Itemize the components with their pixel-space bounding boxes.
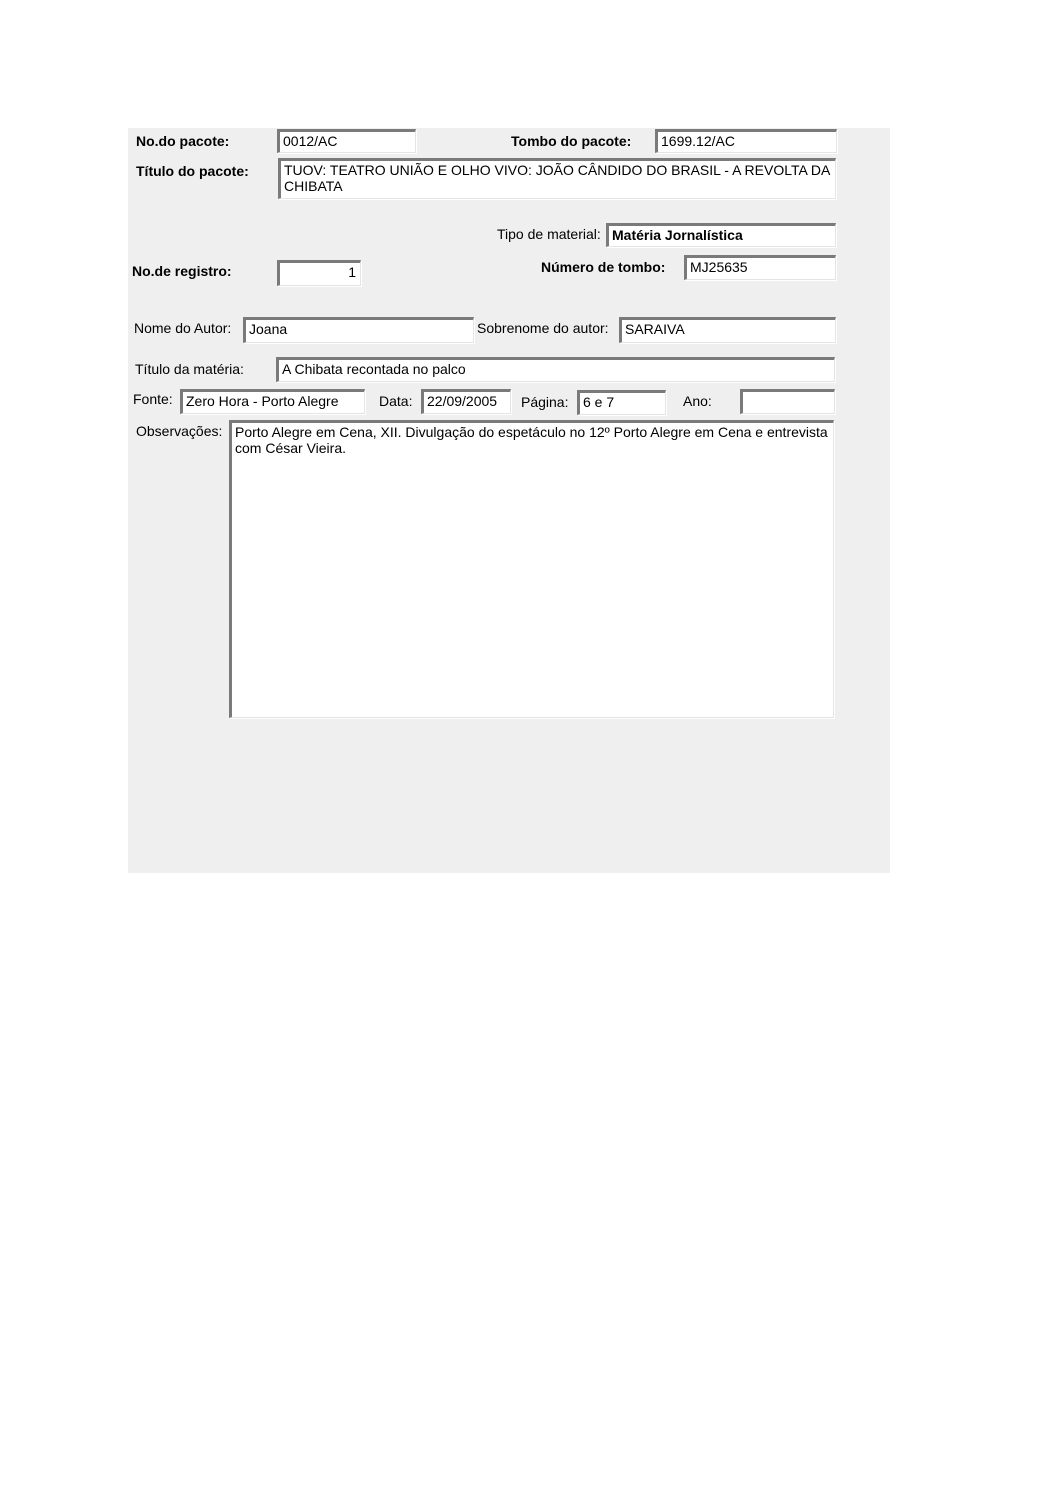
tipo-material-field[interactable]: Matéria Jornalística	[606, 223, 836, 247]
tipo-material-label: Tipo de material:	[497, 226, 601, 242]
titulo-pacote-field[interactable]: TUOV: TEATRO UNIÃO E OLHO VIVO: JOÃO CÂN…	[278, 158, 836, 199]
sobrenome-autor-field[interactable]: SARAIVA	[619, 317, 836, 343]
sobrenome-autor-label: Sobrenome do autor:	[477, 320, 609, 336]
nome-autor-label: Nome do Autor:	[134, 320, 231, 336]
numero-tombo-label: Número de tombo:	[541, 259, 665, 275]
data-field[interactable]: 22/09/2005	[421, 389, 511, 414]
fonte-field[interactable]: Zero Hora - Porto Alegre	[180, 389, 365, 414]
tombo-pacote-label: Tombo do pacote:	[511, 133, 631, 149]
ano-field[interactable]	[740, 389, 835, 414]
titulo-materia-field[interactable]: A Chibata recontada no palco	[276, 357, 835, 382]
fonte-label: Fonte:	[133, 391, 173, 407]
nome-autor-field[interactable]: Joana	[243, 317, 474, 343]
pagina-field[interactable]: 6 e 7	[577, 390, 666, 415]
tombo-pacote-field[interactable]: 1699.12/AC	[655, 129, 837, 153]
titulo-materia-label: Título da matéria:	[135, 361, 244, 377]
no-pacote-label: No.do pacote:	[136, 133, 229, 149]
data-label: Data:	[379, 393, 412, 409]
numero-tombo-field[interactable]: MJ25635	[684, 255, 836, 280]
observacoes-label: Observações:	[136, 423, 222, 439]
observacoes-field[interactable]: Porto Alegre em Cena, XII. Divulgação do…	[229, 420, 834, 718]
titulo-pacote-label: Título do pacote:	[136, 163, 249, 179]
no-registro-label: No.de registro:	[132, 263, 232, 279]
ano-label: Ano:	[683, 393, 712, 409]
no-pacote-field[interactable]: 0012/AC	[277, 129, 416, 153]
pagina-label: Página:	[521, 394, 568, 410]
no-registro-field[interactable]: 1	[277, 260, 361, 286]
